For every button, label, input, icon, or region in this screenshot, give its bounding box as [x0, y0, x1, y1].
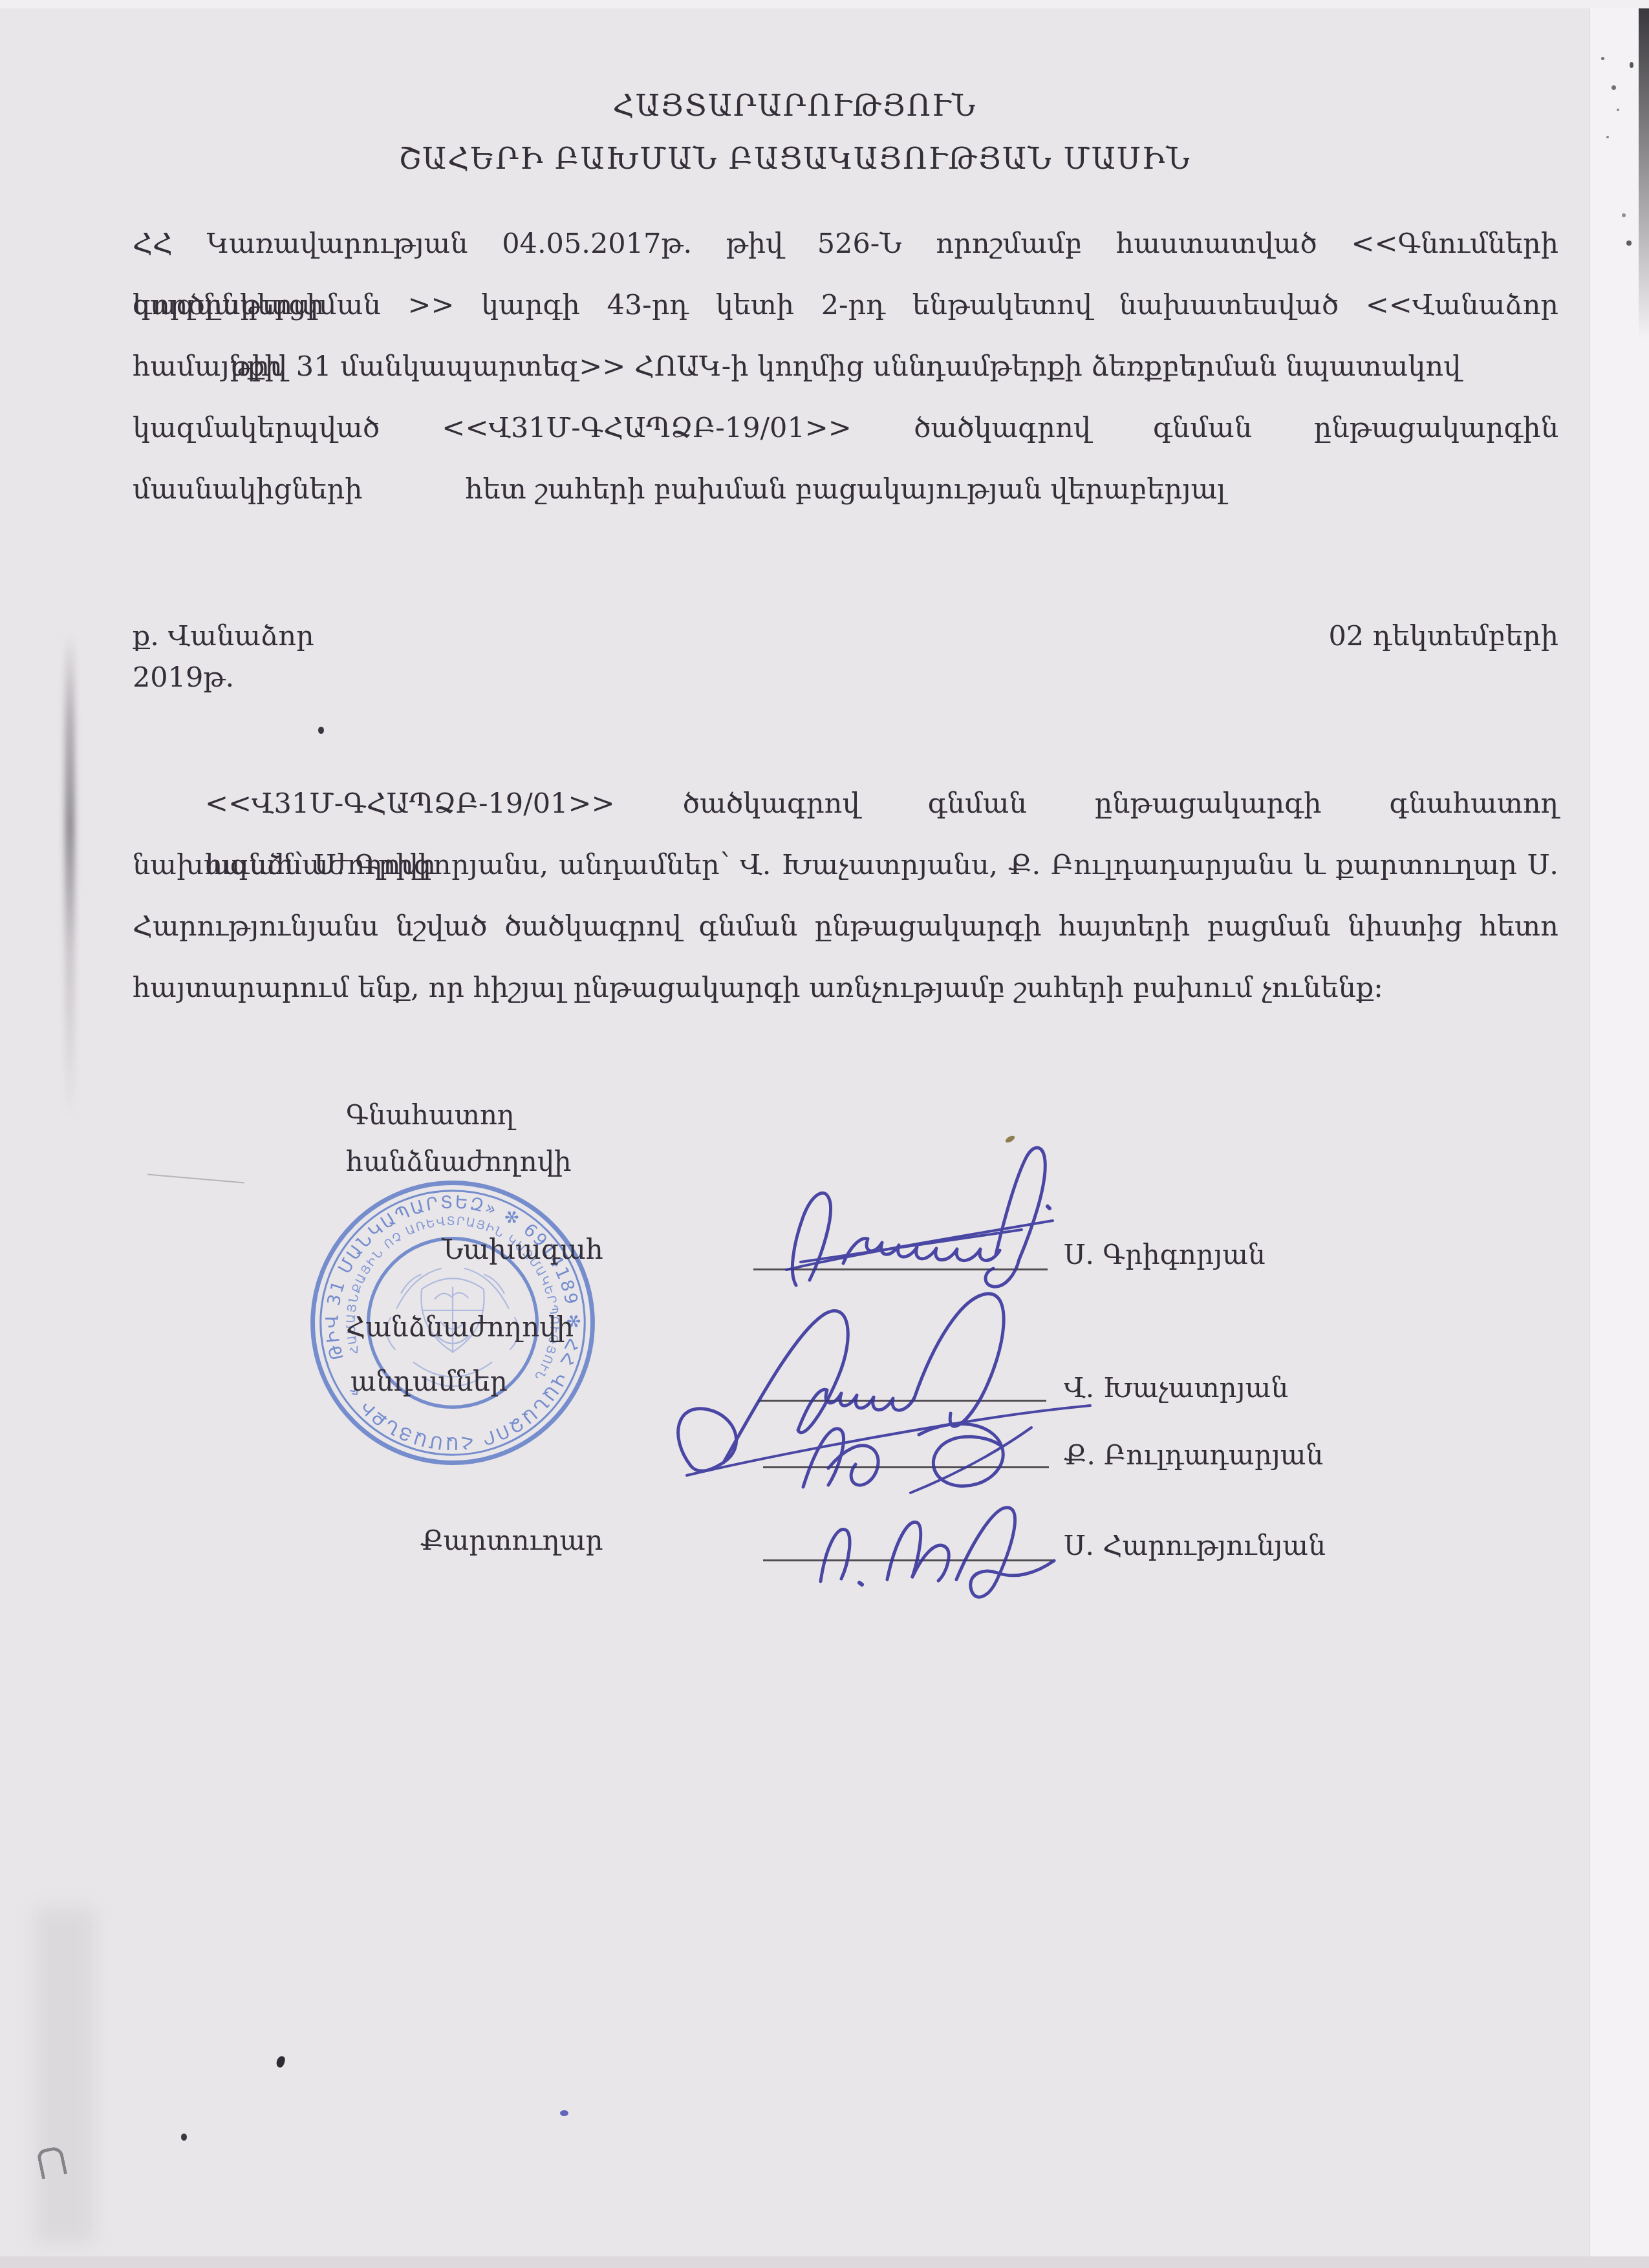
- intro-line: ՀՀ Կառավարության 04.05.2017թ. թիվ 526-Ն …: [133, 213, 1558, 275]
- scanned-document-page: ՀԱՅՏԱՐԱՐՈՒԹՅՈՒՆ ՇԱՀԵՐԻ ԲԱԽՄԱՆ ԲԱՑԱԿԱՅՈՒԹ…: [0, 0, 1649, 2268]
- signature-member-1: [678, 1294, 1090, 1475]
- handwritten-signatures: [634, 1125, 1125, 1616]
- body-line: Հարությունյանս նշված ծածկագրով գնման ընթ…: [133, 896, 1558, 957]
- scan-bottom-band: [0, 2256, 1649, 2268]
- scan-speck: [1630, 62, 1633, 68]
- dateline: ք. Վանաձոր 02 դեկտեմբերի 2019թ.: [133, 615, 1558, 698]
- evaluation-committee-label-1: Գնահատող: [346, 1099, 515, 1131]
- scan-speck: [1004, 1135, 1016, 1144]
- scan-speck: [181, 2134, 187, 2141]
- scan-crease: [147, 1173, 244, 1183]
- scan-speck: [1601, 57, 1604, 60]
- intro-line: թիվ 31 մանկապարտեզ>> ՀՈԱԿ-ի կողմից սննդա…: [133, 336, 1558, 398]
- members-label-1: Հանձնաժողովի: [346, 1311, 574, 1343]
- scan-crease: [65, 634, 75, 1118]
- body-line: հայտարարում ենք, որ հիշյալ ընթացակարգի ա…: [133, 957, 1558, 1019]
- scan-speck: [1617, 109, 1619, 111]
- name-member-2: Ք. Բուլդադարյան: [1064, 1439, 1323, 1471]
- signature-secretary: [821, 1508, 1054, 1598]
- signature-chairman: [786, 1148, 1053, 1287]
- signature-line-member-1: [758, 1400, 1046, 1402]
- dateline-city: ք. Վանաձոր: [133, 615, 314, 657]
- scan-top-band: [0, 0, 1649, 8]
- scan-speck: [1606, 136, 1609, 138]
- scan-speck: [1622, 213, 1626, 217]
- scan-speck: [318, 727, 324, 734]
- name-chairman: Ս. Գրիգորյան: [1064, 1239, 1266, 1270]
- name-secretary: Ս. Հարությունյան: [1064, 1530, 1326, 1561]
- secretary-label: Քարտուղար: [420, 1524, 603, 1556]
- intro-paragraph: ՀՀ Կառավարության 04.05.2017թ. թիվ 526-Ն …: [133, 213, 1558, 520]
- scan-speck: [1626, 241, 1632, 246]
- scan-speck: [560, 2110, 568, 2116]
- title-line-1: ՀԱՅՏԱՐԱՐՈՒԹՅՈՒՆ: [0, 79, 1590, 132]
- name-member-1: Վ. Խաչատրյան: [1064, 1372, 1288, 1404]
- body-line: նախագահ՝ Ս. Գրիգորյանս, անդամներ՝ Վ. Խաչ…: [133, 835, 1558, 896]
- scan-corner-shadow: [1639, 6, 1649, 369]
- body-paragraph: <<Վ31Մ-ԳՀԱՊՁԲ-19/01>> ծածկագրով գնման ըն…: [133, 773, 1558, 1019]
- signature-line-member-2: [763, 1466, 1049, 1468]
- dateline-year: 2019թ.: [133, 657, 1558, 698]
- body-line: <<Վ31Մ-ԳՀԱՊՁԲ-19/01>> ծածկագրով գնման ըն…: [133, 773, 1558, 835]
- scan-speck: [1611, 85, 1616, 90]
- title-line-2: ՇԱՀԵՐԻ ԲԱԽՄԱՆ ԲԱՑԱԿԱՅՈՒԹՅԱՆ ՄԱՍԻՆ: [0, 132, 1590, 185]
- dateline-date: 02 դեկտեմբերի: [1328, 615, 1558, 657]
- evaluation-committee-label-2: հանձնաժողովի: [346, 1146, 572, 1177]
- scan-smudge: [36, 1907, 94, 2243]
- scan-speck: [275, 2055, 286, 2068]
- signature-member-2: [803, 1424, 1031, 1493]
- chairman-label: Նախագահ: [442, 1234, 603, 1265]
- members-label-2: անդամներ: [350, 1365, 508, 1397]
- document-title: ՀԱՅՏԱՐԱՐՈՒԹՅՈՒՆ ՇԱՀԵՐԻ ԲԱԽՄԱՆ ԲԱՑԱԿԱՅՈՒԹ…: [0, 79, 1590, 185]
- intro-line: կազմակերպման >> կարգի 43-րդ կետի 2-րդ են…: [133, 275, 1558, 336]
- signature-line-secretary: [763, 1559, 1053, 1561]
- signature-line-chairman: [753, 1268, 1048, 1270]
- intro-line: կազմակերպված <<Վ31Մ-ԳՀԱՊՁԲ-19/01>> ծածկա…: [133, 398, 1558, 459]
